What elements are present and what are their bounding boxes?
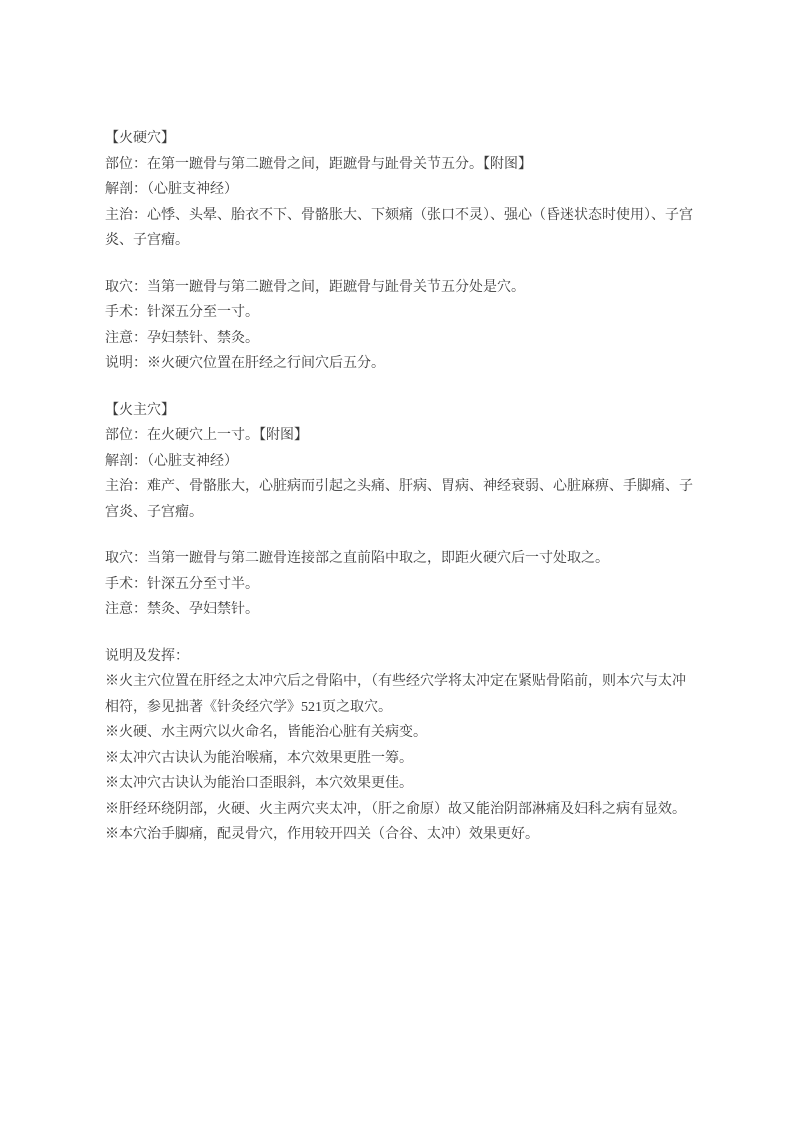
section-heading-huoying: 【火硬穴】 <box>105 126 695 152</box>
huozhu-technique-line: 手术：针深五分至寸半。 <box>105 572 695 598</box>
note-item: ※火硬、水主两穴以火命名，皆能治心脏有关病变。 <box>105 720 695 746</box>
section-huoying-method: 取穴：当第一蹠骨与第二蹠骨之间，距蹠骨与趾骨关节五分处是穴。 手术：针深五分至一… <box>105 275 695 377</box>
huoying-note-line: 说明：※火硬穴位置在肝经之行间穴后五分。 <box>105 351 695 377</box>
huoying-technique-line: 手术：针深五分至一寸。 <box>105 300 695 326</box>
document-content: 【火硬穴】 部位：在第一蹠骨与第二蹠骨之间，距蹠骨与趾骨关节五分。【附图】 解剖… <box>105 126 695 848</box>
section-heading-huozhu: 【火主穴】 <box>105 398 695 424</box>
note-item: ※太冲穴古诀认为能治口歪眼斜，本穴效果更佳。 <box>105 771 695 797</box>
section-huoying-intro: 【火硬穴】 部位：在第一蹠骨与第二蹠骨之间，距蹠骨与趾骨关节五分。【附图】 解剖… <box>105 126 695 254</box>
huozhu-anatomy-line: 解剖：（心脏支神经） <box>105 449 695 475</box>
huoying-anatomy-line: 解剖：（心脏支神经） <box>105 177 695 203</box>
huozhu-caution-line: 注意：禁灸、孕妇禁针。 <box>105 597 695 623</box>
huozhu-location-line: 部位：在火硬穴上一寸。【附图】 <box>105 423 695 449</box>
huoying-indications-line: 主治：心悸、头晕、胎衣不下、骨骼胀大、下颏痛（张口不灵）、强心（昏迷状态时使用）… <box>105 203 695 254</box>
section-huozhu-method: 取穴：当第一蹠骨与第二蹠骨连接部之直前陷中取之，即距火硬穴后一寸处取之。 手术：… <box>105 546 695 623</box>
note-item: ※火主穴位置在肝经之太冲穴后之骨陷中，（有些经穴学将太冲定在紧贴骨陷前，则本穴与… <box>105 669 695 720</box>
huoying-caution-line: 注意：孕妇禁针、禁灸。 <box>105 326 695 352</box>
document-page: 【火硬穴】 部位：在第一蹠骨与第二蹠骨之间，距蹠骨与趾骨关节五分。【附图】 解剖… <box>0 0 793 1122</box>
huoying-point-selection-line: 取穴：当第一蹠骨与第二蹠骨之间，距蹠骨与趾骨关节五分处是穴。 <box>105 275 695 301</box>
section-notes: 说明及发挥： ※火主穴位置在肝经之太冲穴后之骨陷中，（有些经穴学将太冲定在紧贴骨… <box>105 644 695 848</box>
note-item: ※肝经环绕阴部，火硬、火主两穴夹太冲，（肝之俞原）故又能治阴部淋痛及妇科之病有显… <box>105 797 695 823</box>
huoying-location-line: 部位：在第一蹠骨与第二蹠骨之间，距蹠骨与趾骨关节五分。【附图】 <box>105 152 695 178</box>
huozhu-point-selection-line: 取穴：当第一蹠骨与第二蹠骨连接部之直前陷中取之，即距火硬穴后一寸处取之。 <box>105 546 695 572</box>
huozhu-indications-line: 主治：难产、骨骼胀大，心脏病而引起之头痛、肝病、胃病、神经衰弱、心脏麻痹、手脚痛… <box>105 474 695 525</box>
note-item: ※太冲穴古诀认为能治喉痛，本穴效果更胜一筹。 <box>105 746 695 772</box>
section-huozhu-intro: 【火主穴】 部位：在火硬穴上一寸。【附图】 解剖：（心脏支神经） 主治：难产、骨… <box>105 398 695 526</box>
notes-heading: 说明及发挥： <box>105 644 695 670</box>
note-item: ※本穴治手脚痛，配灵骨穴，作用较开四关（合谷、太冲）效果更好。 <box>105 822 695 848</box>
